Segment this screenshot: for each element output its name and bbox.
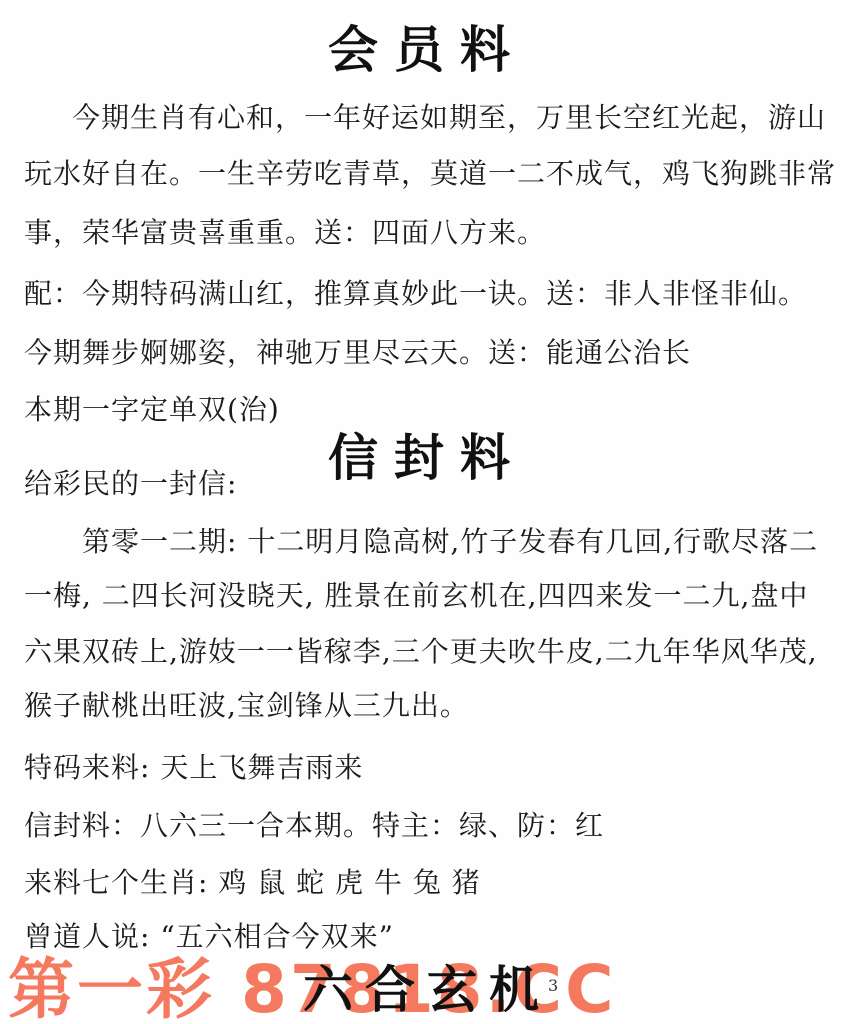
member-paragraph-line: 玩水好自在。一生辛劳吃青草，莫道一二不成气，鸡飞狗跳非常 xyxy=(24,152,836,192)
member-paragraph-line: 今期生肖有心和，一年好运如期至，万里长空红光起，游山 xyxy=(72,96,826,136)
letter-body-line: 猴子献桃出旺波,宝剑锋从三九出。 xyxy=(24,684,469,724)
special-code-line: 特码来料: 天上飞舞吉雨来 xyxy=(24,746,363,786)
scanned-lottery-tip-sheet: 会员料 今期生肖有心和，一年好运如期至，万里长空红光起，游山 玩水好自在。一生辛… xyxy=(0,0,854,1024)
member-section-title: 会员料 xyxy=(0,10,854,82)
member-dance-line: 今期舞步婀娜姿，神驰万里尽云天。送：能通公治长 xyxy=(24,331,691,371)
member-paragraph-line: 事，荣华富贵喜重重。送：四面八方来。 xyxy=(24,211,546,251)
letter-intro-line: 给彩民的一封信: xyxy=(24,462,237,502)
next-section-title: 六合玄机 xyxy=(0,950,854,1022)
letter-body-line: 六果双砖上,游妓一一皆稼李,三个更夫吹牛皮,二九年华风华茂, xyxy=(24,630,818,670)
envelope-numbers-line: 信封料：八六三一合本期。特主：绿、防：红 xyxy=(24,804,604,844)
letter-body-line: 一梅, 二四长河没晓天, 胜景在前玄机在,四四来发一二九,盘中 xyxy=(24,574,808,614)
letter-body-line: 第零一二期: 十二明月隐高树,竹子发春有几回,行歌尽落二 xyxy=(82,520,818,560)
stray-ink-mark: 3 xyxy=(548,976,558,995)
member-pei-line: 配：今期特码满山红，推算真妙此一诀。送：非人非怪非仙。 xyxy=(24,272,807,312)
zodiac-line: 来料七个生肖: 鸡 鼠 蛇 虎 牛 兔 猪 xyxy=(24,861,481,901)
